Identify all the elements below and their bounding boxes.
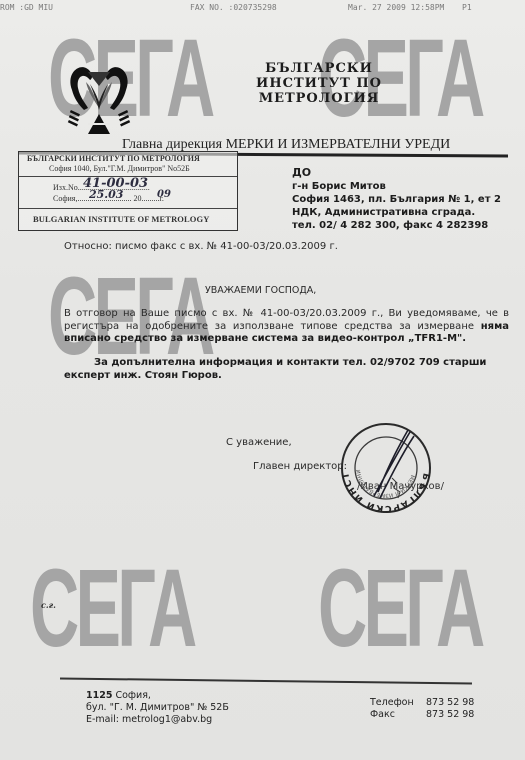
salutation: УВАЖАЕМИ ГОСПОДА, [205,285,316,296]
institute-name-line-3: МЕТРОЛОГИЯ [244,91,394,106]
body-paragraph-1: В отговор на Ваше писмо с вх. № 41-00-03… [64,308,509,346]
stamp-year: 09 [157,189,171,200]
fax-number: FAX NO. :020735298 [190,3,277,12]
director-label: Главен директор: [253,461,347,472]
handwritten-initials: с.г. [41,600,56,610]
footer-phone-label: Телефон [370,697,426,709]
fax-document-page: СЕГА СЕГА СЕГА СЕГА СЕГА ROM :GD MIU FAX… [0,0,525,760]
footer-contacts: Телефон873 52 98 Факс873 52 98 [370,697,474,721]
recipient-name: г-н Борис Митов [292,180,501,193]
footer-phone: 873 52 98 [426,697,474,709]
footer-email: E-mail: metrolog1@abv.bg [86,714,229,726]
fax-datetime: Mar. 27 2009 12:58PM [348,3,444,12]
watermark-bottom-right: СЕГА [318,554,481,664]
footer-divider [60,677,472,684]
recipient-contacts: тел. 02/ 4 282 300, факс 4 282398 [292,219,501,232]
footer-fax: 873 52 98 [426,709,474,721]
stamp-date: 25.03 [89,188,123,201]
recipient-to-label: ДО [292,166,501,179]
footer-fax-label: Факс [370,709,426,721]
institute-name: БЪЛГАРСКИ ИНСТИТУТ ПО МЕТРОЛОГИЯ [244,61,394,106]
recipient-block: ДО г-н Борис Митов София 1463, пл. Бълга… [292,166,501,232]
institute-name-line-1: БЪЛГАРСКИ [244,61,394,76]
stamp-institute-title: БЪЛГАРСКИ ИНСТИТУТ ПО МЕТРОЛОГИЯ [27,154,200,163]
closing-regards: С уважение, [226,437,292,448]
recipient-address-line-1: София 1463, пл. България № 1, ет 2 [292,193,501,206]
registry-stamp: БЪЛГАРСКИ ИНСТИТУТ ПО МЕТРОЛОГИЯ София 1… [18,151,238,231]
fax-from: ROM :GD MIU [0,3,53,12]
stamp-divider [19,208,237,209]
recipient-address-line-2: НДК, Административна сграда. [292,206,501,219]
body-paragraph-2: За допълнителна информация и контакти те… [64,356,509,382]
official-seal-icon: БЪЛГАРСКИ ИНСТИТУТ ПО МЕТРОЛОГИЯ МЕРКИ И… [340,422,432,514]
institute-logo-icon [64,62,134,138]
institute-name-line-2: ИНСТИТУТ ПО [244,76,394,91]
footer-address: 1125 София, бул. "Г. М. Димитров" № 52Б … [86,690,229,726]
fax-page: P1 [462,3,472,12]
regarding-line: Относно: писмо факс с вх. № 41-00-03/20.… [64,241,338,252]
stamp-english-name: BULGARIAN INSTITUTE OF METROLOGY [33,214,209,224]
footer-street: бул. "Г. М. Димитров" № 52Б [86,702,229,714]
stamp-address: София 1040, Бул."Г.М. Димитров" No52Б [49,164,190,173]
footer-city: София, [112,690,151,701]
footer-postcode: 1125 [86,690,112,701]
body-paragraph-1-text: В отговор на Ваше писмо с вх. № 41-00-03… [64,308,509,332]
